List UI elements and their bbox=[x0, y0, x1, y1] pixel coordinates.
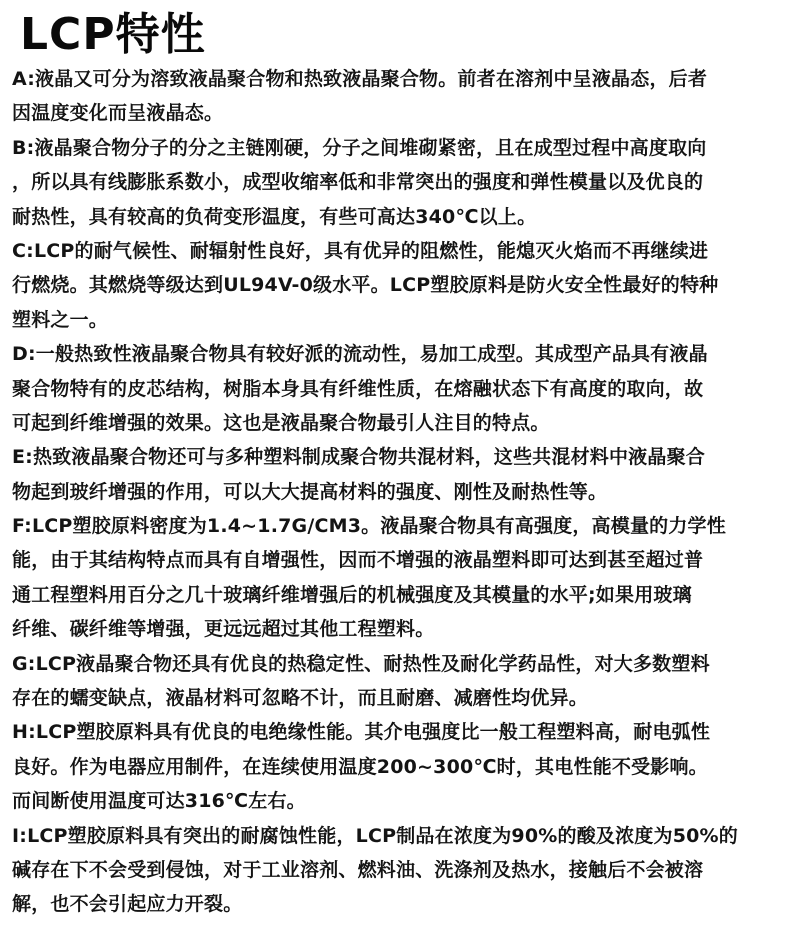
section-c-line-3: 塑料之一。 bbox=[12, 303, 792, 337]
section-i-line-1: I:LCP塑胶原料具有突出的耐腐蚀性能，LCP制品在浓度为90%的酸及浓度为50… bbox=[12, 819, 792, 853]
section-b-line-1: B:液晶聚合物分子的分之主链刚硬，分子之间堆砌紧密，且在成型过程中高度取向 bbox=[12, 131, 792, 165]
section-e: E:热致液晶聚合物还可与多种塑料制成聚合物共混材料，这些共混材料中液晶聚合 物起… bbox=[12, 440, 792, 509]
section-b-line-3: 耐热性，具有较高的负荷变形温度，有些可高达340℃以上。 bbox=[12, 200, 792, 234]
section-e-line-1: E:热致液晶聚合物还可与多种塑料制成聚合物共混材料，这些共混材料中液晶聚合 bbox=[12, 440, 792, 474]
section-c-line-2: 行燃烧。其燃烧等级达到UL94V-0级水平。LCP塑胶原料是防火安全性最好的特种 bbox=[12, 268, 792, 302]
section-h-line-1: H:LCP塑胶原料具有优良的电绝缘性能。其介电强度比一般工程塑料高，耐电弧性 bbox=[12, 715, 792, 749]
section-d-line-3: 可起到纤维增强的效果。这也是液晶聚合物最引人注目的特点。 bbox=[12, 406, 792, 440]
page-title: LCP特性 bbox=[20, 10, 206, 60]
section-f-line-1: F:LCP塑胶原料密度为1.4~1.7G/CM3。液晶聚合物具有高强度，高模量的… bbox=[12, 509, 792, 543]
section-i: I:LCP塑胶原料具有突出的耐腐蚀性能，LCP制品在浓度为90%的酸及浓度为50… bbox=[12, 819, 792, 922]
document-page: LCP特性 A:液晶又可分为溶致液晶聚合物和热致液晶聚合物。前者在溶剂中呈液晶态… bbox=[0, 0, 800, 944]
section-i-line-2: 碱存在下不会受到侵蚀，对于工业溶剂、燃料油、洗涤剂及热水，接触后不会被溶 bbox=[12, 853, 792, 887]
section-g-line-2: 存在的蠕变缺点，液晶材料可忽略不计，而且耐磨、减磨性均优异。 bbox=[12, 681, 792, 715]
section-b-line-2: ，所以具有线膨胀系数小，成型收缩率低和非常突出的强度和弹性模量以及优良的 bbox=[12, 165, 792, 199]
section-d: D:一般热致性液晶聚合物具有较好派的流动性，易加工成型。其成型产品具有液晶 聚合… bbox=[12, 337, 792, 440]
section-a-line-1: A:液晶又可分为溶致液晶聚合物和热致液晶聚合物。前者在溶剂中呈液晶态，后者 bbox=[12, 62, 792, 96]
section-g-line-1: G:LCP液晶聚合物还具有优良的热稳定性、耐热性及耐化学药品性，对大多数塑料 bbox=[12, 647, 792, 681]
document-body: A:液晶又可分为溶致液晶聚合物和热致液晶聚合物。前者在溶剂中呈液晶态，后者 因温… bbox=[12, 62, 792, 922]
section-e-line-2: 物起到玻纤增强的作用，可以大大提高材料的强度、刚性及耐热性等。 bbox=[12, 475, 792, 509]
section-h-line-3: 而间断使用温度可达316℃左右。 bbox=[12, 784, 792, 818]
section-b: B:液晶聚合物分子的分之主链刚硬，分子之间堆砌紧密，且在成型过程中高度取向 ，所… bbox=[12, 131, 792, 234]
section-f-line-4: 纤维、碳纤维等增强，更远远超过其他工程塑料。 bbox=[12, 612, 792, 646]
section-f-line-2: 能，由于其结构特点而具有自增强性，因而不增强的液晶塑料即可达到甚至超过普 bbox=[12, 543, 792, 577]
section-c-line-1: C:LCP的耐气候性、耐辐射性良好，具有优异的阻燃性，能熄灭火焰而不再继续进 bbox=[12, 234, 792, 268]
section-g: G:LCP液晶聚合物还具有优良的热稳定性、耐热性及耐化学药品性，对大多数塑料 存… bbox=[12, 647, 792, 716]
section-c: C:LCP的耐气候性、耐辐射性良好，具有优异的阻燃性，能熄灭火焰而不再继续进 行… bbox=[12, 234, 792, 337]
section-h: H:LCP塑胶原料具有优良的电绝缘性能。其介电强度比一般工程塑料高，耐电弧性 良… bbox=[12, 715, 792, 818]
section-a-line-2: 因温度变化而呈液晶态。 bbox=[12, 96, 792, 130]
section-d-line-1: D:一般热致性液晶聚合物具有较好派的流动性，易加工成型。其成型产品具有液晶 bbox=[12, 337, 792, 371]
section-d-line-2: 聚合物特有的皮芯结构，树脂本身具有纤维性质，在熔融状态下有高度的取向，故 bbox=[12, 372, 792, 406]
section-f: F:LCP塑胶原料密度为1.4~1.7G/CM3。液晶聚合物具有高强度，高模量的… bbox=[12, 509, 792, 647]
section-f-line-3: 通工程塑料用百分之几十玻璃纤维增强后的机械强度及其模量的水平;如果用玻璃 bbox=[12, 578, 792, 612]
section-a: A:液晶又可分为溶致液晶聚合物和热致液晶聚合物。前者在溶剂中呈液晶态，后者 因温… bbox=[12, 62, 792, 131]
section-h-line-2: 良好。作为电器应用制件，在连续使用温度200~300℃时，其电性能不受影响。 bbox=[12, 750, 792, 784]
section-i-line-3: 解，也不会引起应力开裂。 bbox=[12, 887, 792, 921]
